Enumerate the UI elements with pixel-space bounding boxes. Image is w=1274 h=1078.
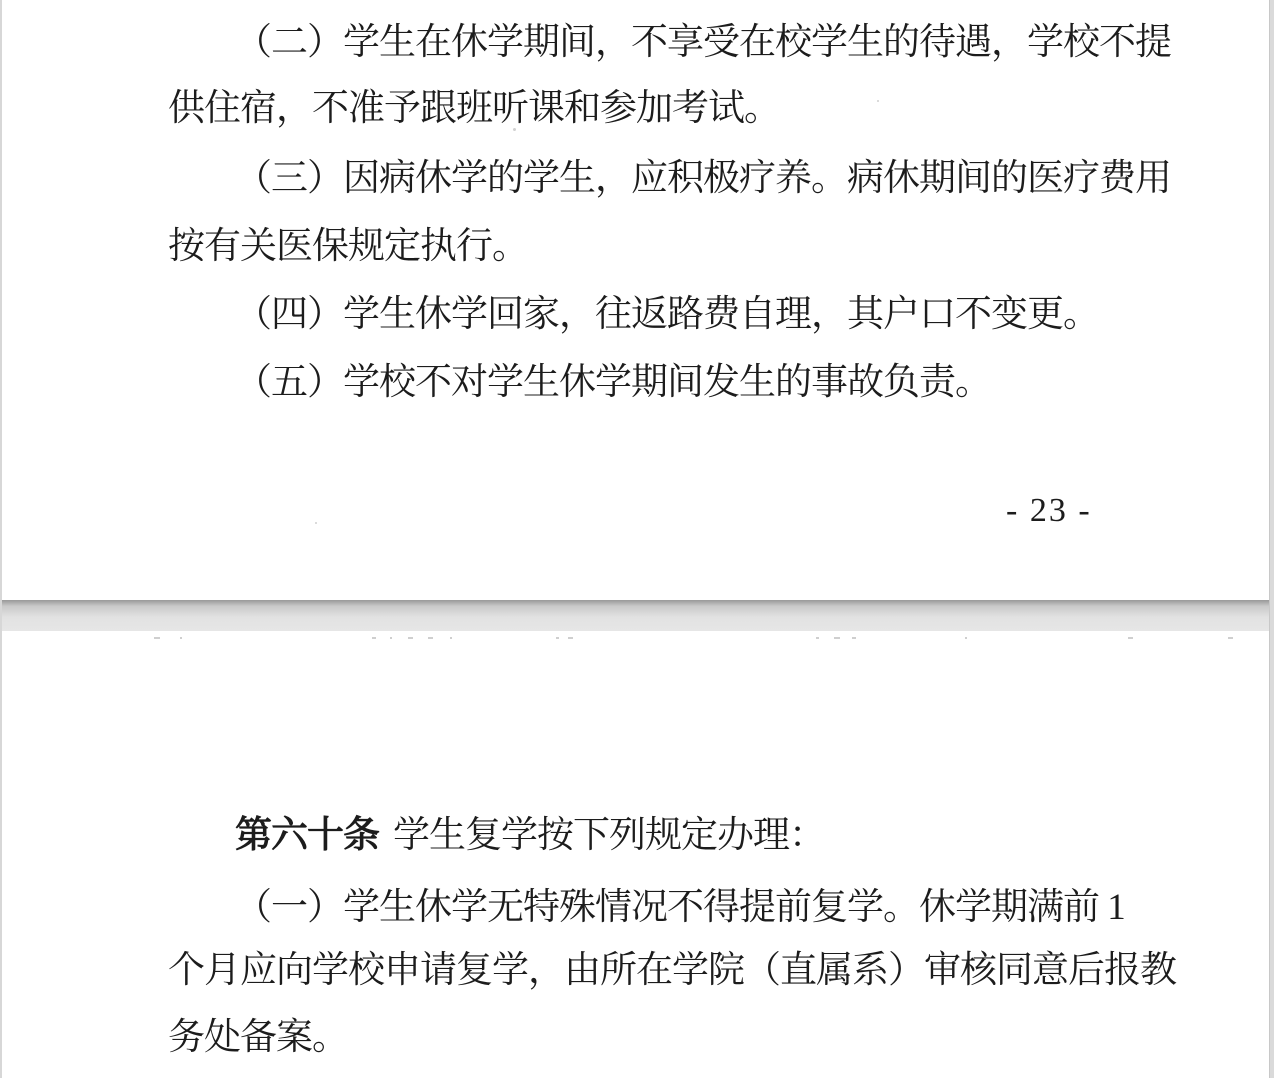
scan-artifact	[450, 637, 452, 639]
paragraph-line: 供住宿，不准予跟班听课和参加考试。	[168, 88, 780, 130]
scan-artifact	[180, 637, 182, 639]
scan-artifact	[852, 637, 856, 639]
scan-artifact	[556, 637, 559, 639]
scan-artifact	[1128, 637, 1133, 639]
scan-speck	[513, 128, 516, 131]
page-number: - 23 -	[1006, 492, 1092, 530]
scan-artifact	[834, 637, 840, 639]
scan-artifact	[154, 637, 160, 639]
article-number: 第六十条	[235, 815, 379, 856]
left-edge-strip	[0, 0, 2, 1078]
page-1: （二）学生在休学期间，不享受在校学生的待遇，学校不提 供住宿，不准予跟班听课和参…	[0, 0, 1274, 600]
document-viewer[interactable]: （二）学生在休学期间，不享受在校学生的待遇，学校不提 供住宿，不准予跟班听课和参…	[0, 0, 1274, 1078]
paragraph-line: 个月应向学校申请复学，由所在学院（直属系）审核同意后报教	[168, 950, 1176, 992]
scan-artifact	[816, 637, 819, 639]
scan-artifact	[965, 637, 967, 639]
paragraph-line: （三）因病休学的学生，应积极疗养。病休期间的医疗费用	[235, 158, 1171, 200]
paragraph-line: （四）学生休学回家，往返路费自理，其户口不变更。	[235, 294, 1099, 336]
article-heading: 第六十条学生复学按下列规定办理：	[235, 815, 825, 857]
paragraph-line: （二）学生在休学期间，不享受在校学生的待遇，学校不提	[235, 22, 1171, 64]
right-edge-strip	[1269, 0, 1274, 1078]
paragraph-line: 按有关医保规定执行。	[168, 226, 528, 268]
article-title: 学生复学按下列规定办理：	[393, 815, 825, 856]
scan-artifact	[390, 637, 392, 639]
scan-speck	[315, 522, 317, 524]
scan-artifact	[1228, 637, 1233, 639]
scan-speck	[877, 100, 879, 102]
scan-artifact	[568, 637, 573, 639]
paragraph-line: （一）学生休学无特殊情况不得提前复学。休学期满前 1	[235, 887, 1125, 929]
scan-artifact	[428, 637, 433, 639]
scan-artifact	[408, 637, 413, 639]
page-2: 第六十条学生复学按下列规定办理： （一）学生休学无特殊情况不得提前复学。休学期满…	[0, 631, 1274, 1078]
scan-artifact	[372, 637, 376, 639]
paragraph-line: （五）学校不对学生休学期间发生的事故负责。	[235, 362, 991, 404]
page-separator	[0, 600, 1274, 631]
paragraph-line: 务处备案。	[168, 1017, 348, 1059]
